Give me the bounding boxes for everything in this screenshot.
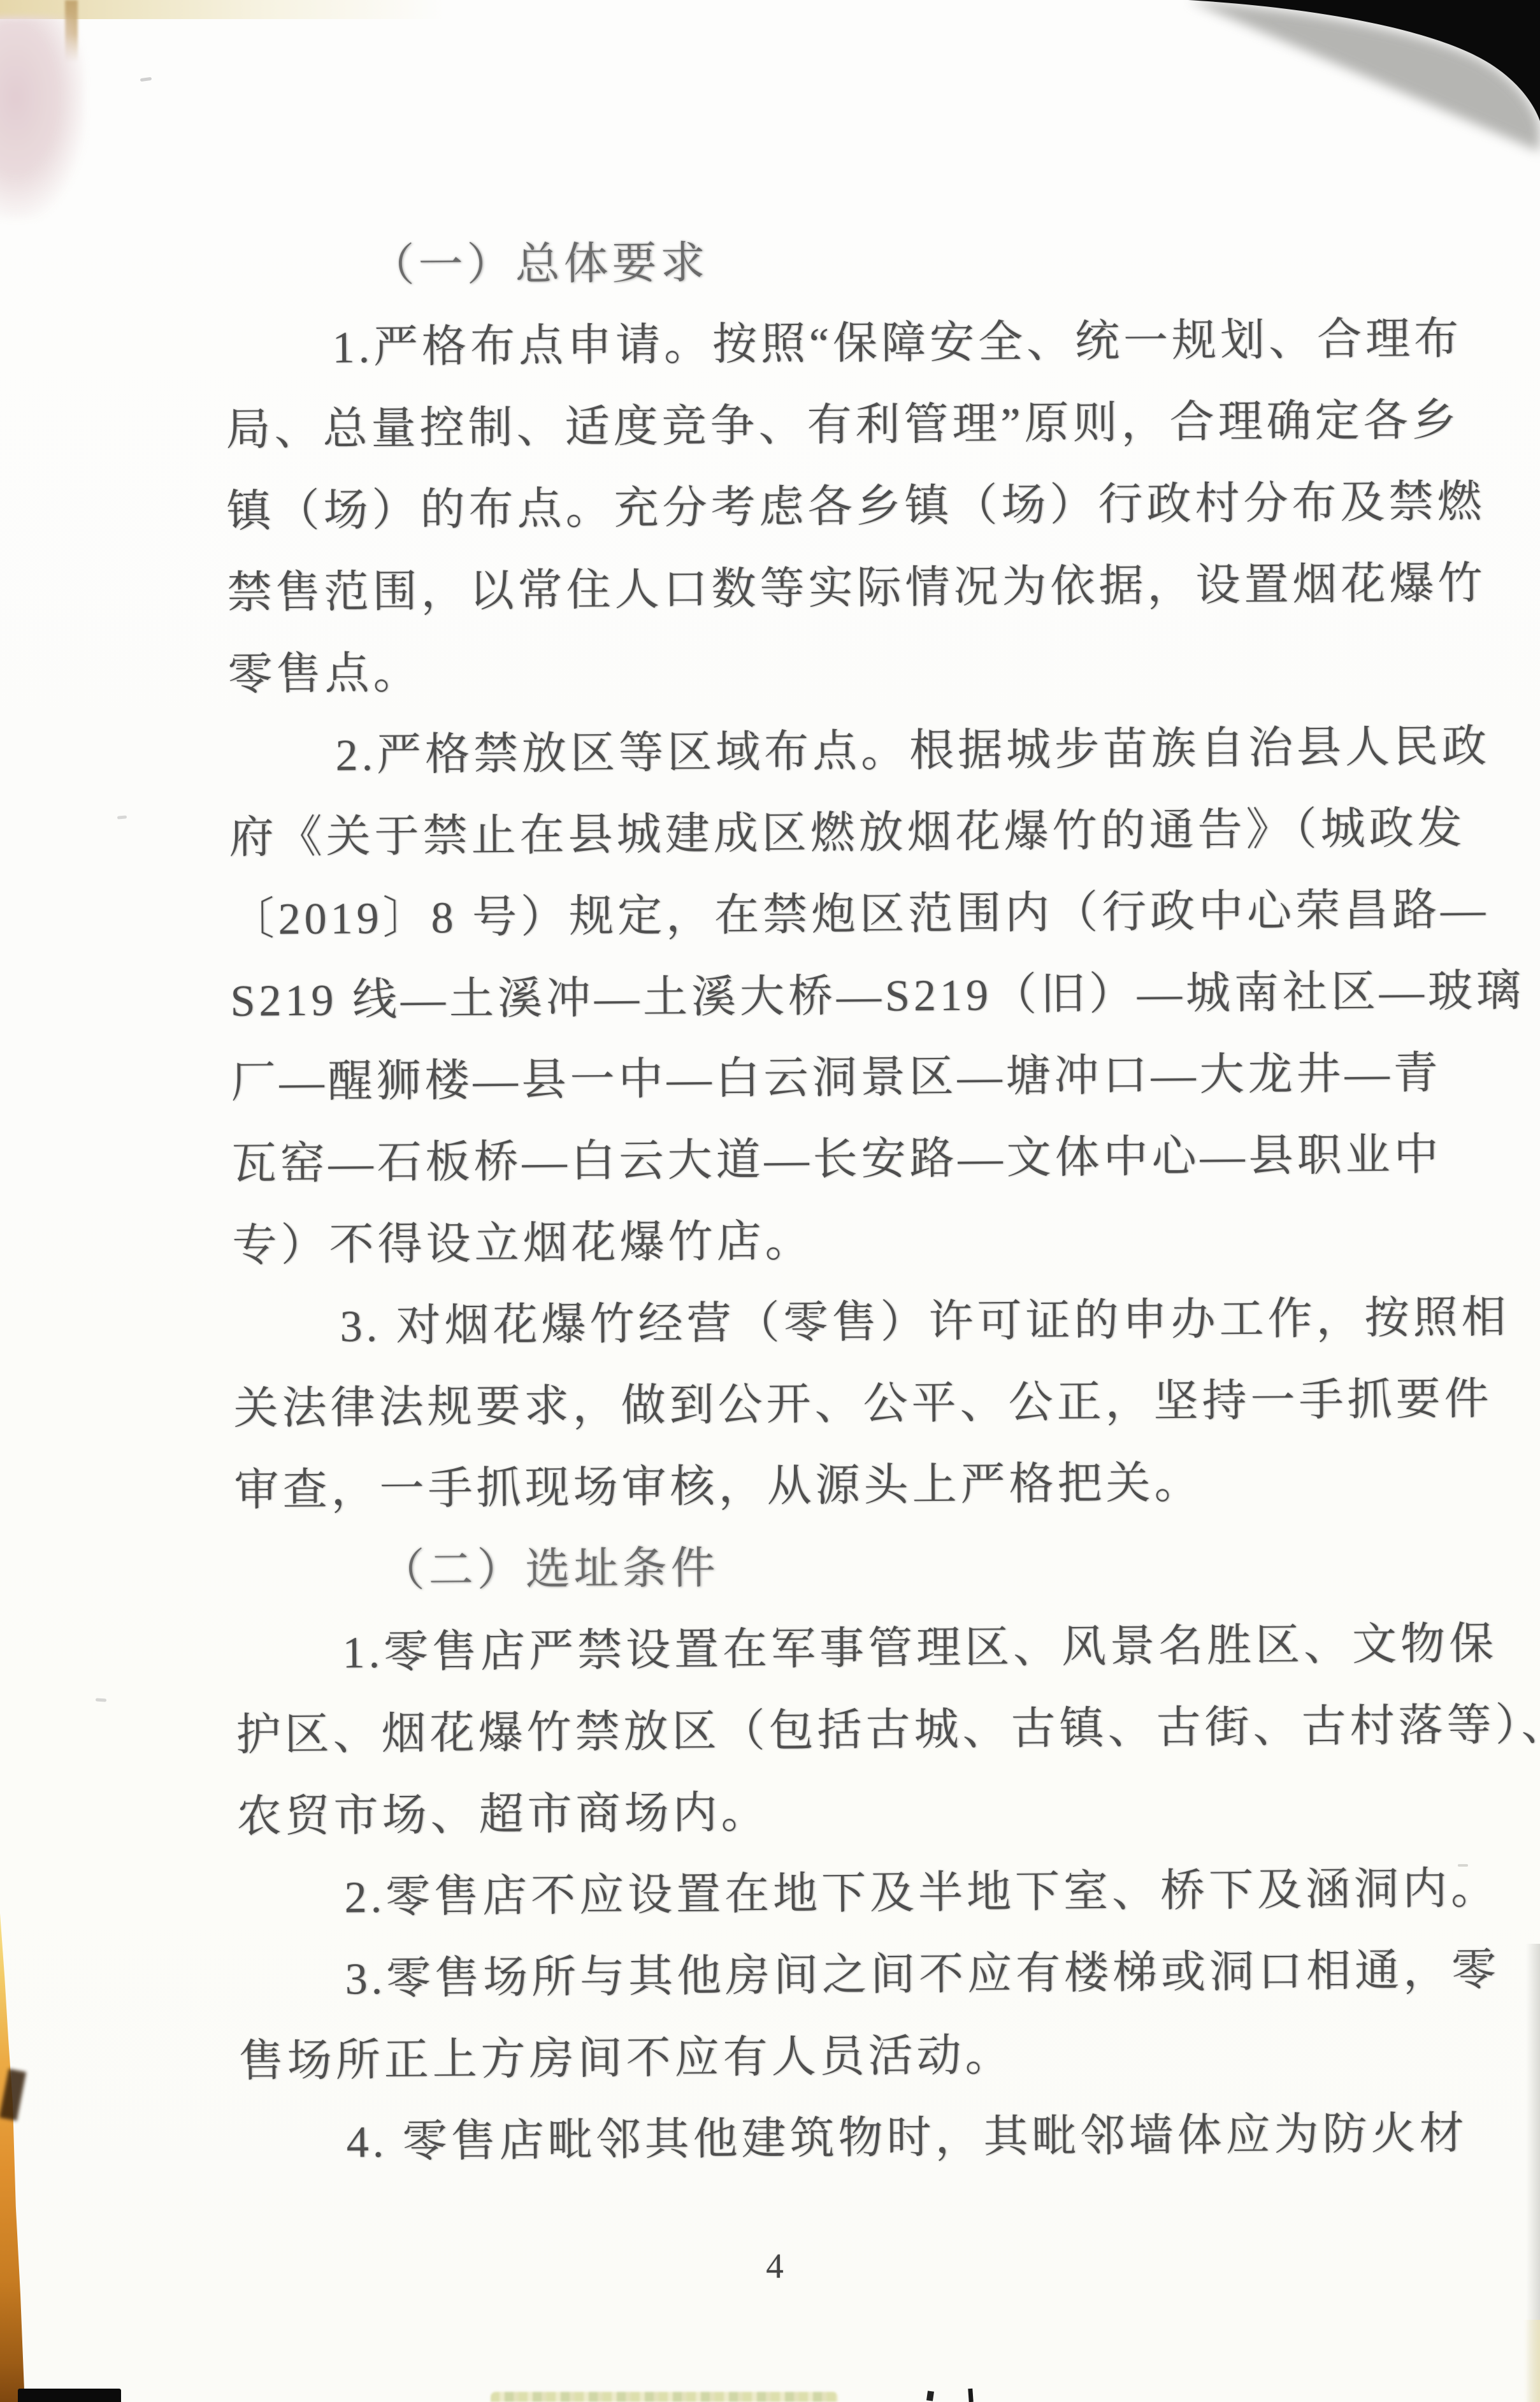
document-line: 零售点。	[227, 625, 1509, 716]
document-line: 厂—醒狮楼—县一中—白云洞景区—塘冲口—大龙井—青	[231, 1032, 1512, 1124]
document-line: 农贸市场、超市商场内。	[236, 1767, 1518, 1858]
document-line: 镇（场）的布点。充分考虑各乡镇（场）行政村分布及禁燃	[226, 461, 1508, 553]
scan-speck	[140, 77, 152, 82]
document-line: 瓦窑—石板桥—白云大道—长安路—文体中心—县职业中	[231, 1114, 1513, 1206]
scan-green-smear	[491, 2392, 838, 2402]
document-line: 府《关于禁止在县城建成区燃放烟花爆竹的通告》（城政发	[229, 788, 1510, 879]
document-line: 护区、烟花爆竹禁放区（包括古城、古镇、古街、古村落等）、	[236, 1685, 1517, 1777]
scanned-document-page: （一）总体要求1.严格布点申请。按照“保障安全、统一规划、合理布局、总量控制、适…	[0, 0, 1540, 2402]
document-line: 审查，一手抓现场审核，从源头上严格把关。	[234, 1440, 1515, 1532]
document-line: 专）不得设立烟花爆竹店。	[232, 1196, 1513, 1287]
book-edge-orange	[0, 1913, 25, 2402]
scan-speck	[1458, 1864, 1468, 1867]
document-line: 〔2019〕8 号）规定，在禁炮区范围内（行政中心荣昌路—	[229, 869, 1511, 961]
scan-ink-mark	[968, 2389, 973, 2402]
scan-pink-smudge	[0, 17, 85, 219]
document-line: 3.零售场所与其他房间之间不应有楼梯或洞口相通，零	[238, 1930, 1519, 2022]
document-line: 3. 对烟花爆竹经营（零售）许可证的申办工作，按照相	[233, 1277, 1514, 1369]
scan-ink-mark	[926, 2391, 934, 2401]
document-line: S219 线—土溪冲—土溪大桥—S219（旧）—城南社区—玻璃	[230, 951, 1511, 1043]
document-line: 2.严格禁放区等区域布点。根据城步苗族自治县人民政	[228, 706, 1509, 798]
page-corner-fold	[1183, 0, 1540, 191]
section-heading: （一）总体要求	[224, 217, 1506, 308]
document-line: 售场所正上方房间不应有人员活动。	[238, 2011, 1520, 2103]
document-line: 局、总量控制、适度竞争、有利管理”原则，合理确定各乡	[226, 380, 1507, 472]
document-line: 2.零售店不应设置在地下及半地下室、桥下及涵洞内。	[237, 1848, 1518, 1940]
document-line: 1.严格布点申请。按照“保障安全、统一规划、合理布	[225, 298, 1506, 390]
document-line: 关法律法规要求，做到公开、公平、公正，坚持一手抓要件	[233, 1359, 1515, 1451]
scan-speck	[117, 815, 127, 819]
scan-speck	[96, 1698, 106, 1702]
page-number: 4	[749, 2246, 800, 2287]
scan-right-corner-tint	[1523, 2320, 1540, 2402]
section-heading: （二）选址条件	[234, 1522, 1516, 1614]
document-text-block: （一）总体要求1.严格布点申请。按照“保障安全、统一规划、合理布局、总量控制、适…	[224, 217, 1520, 2185]
scan-bottom-black-bar	[18, 2389, 121, 2402]
document-line: 禁售范围，以常住人口数等实际情况为依据，设置烟花爆竹	[227, 543, 1508, 635]
document-line: 1.零售店严禁设置在军事管理区、风景名胜区、文物保	[235, 1603, 1516, 1695]
document-line: 4. 零售店毗邻其他建筑物时，其毗邻墙体应为防火材	[239, 2093, 1520, 2185]
